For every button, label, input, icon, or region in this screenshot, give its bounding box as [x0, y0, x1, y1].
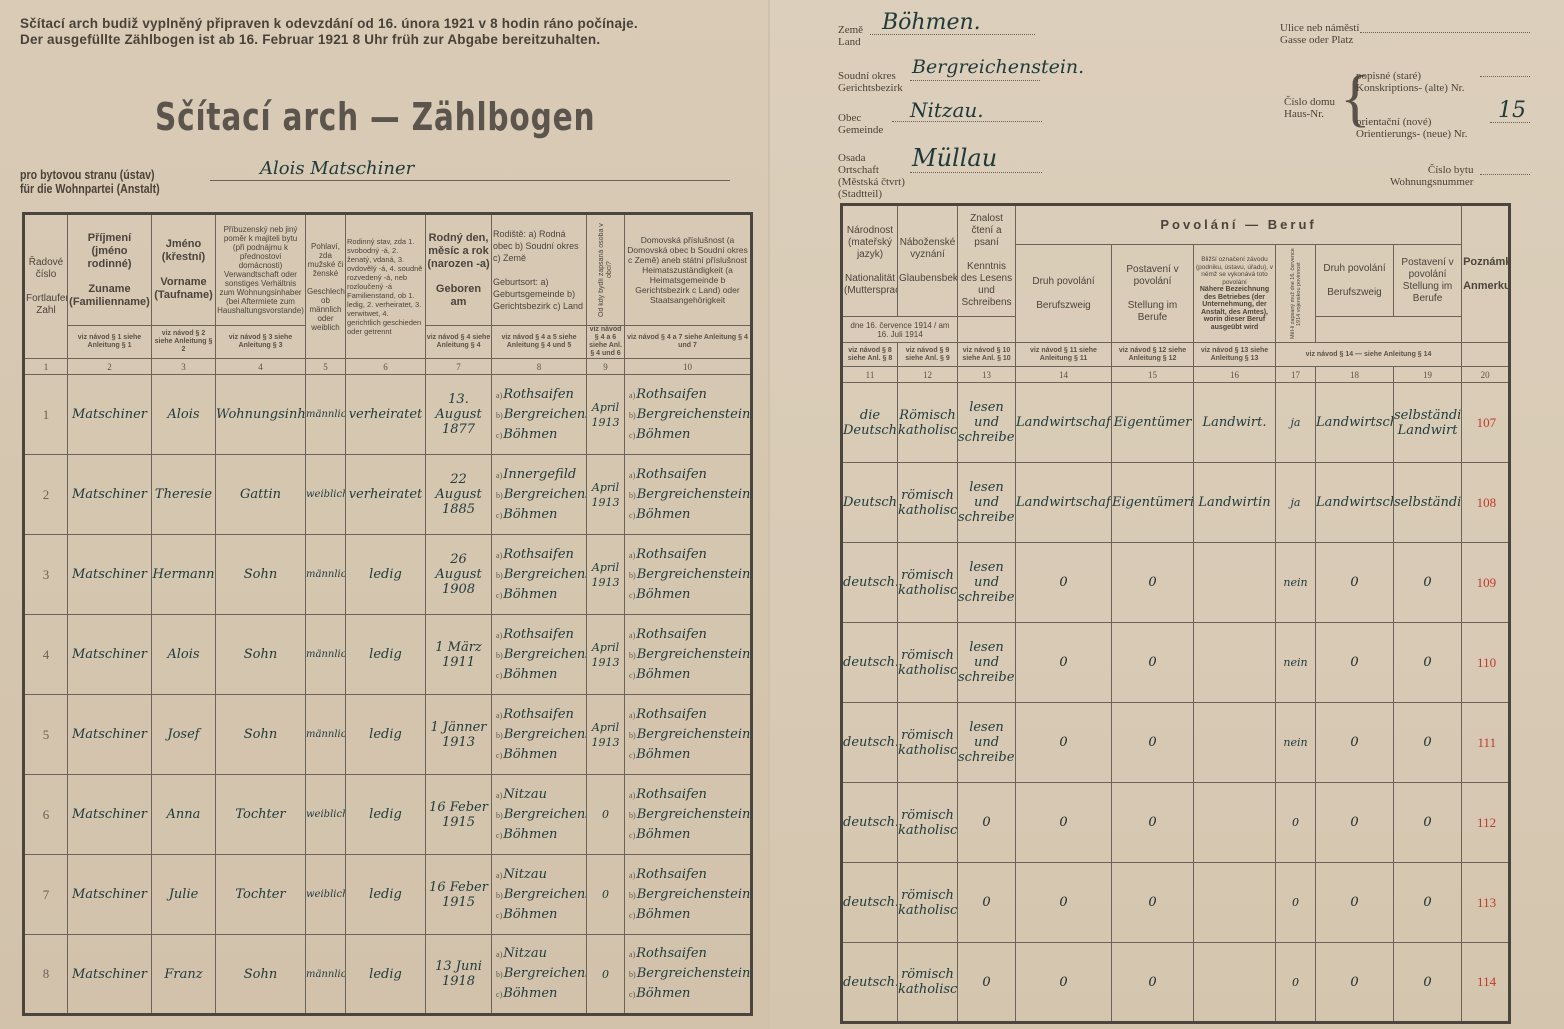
- remark-cell[interactable]: 112: [1462, 783, 1510, 863]
- position-cell[interactable]: Eigentümer: [1112, 383, 1194, 463]
- position-1914-cell[interactable]: selbständig.: [1394, 463, 1462, 543]
- position-1914-cell[interactable]: 0: [1394, 543, 1462, 623]
- occupation-1914-cell[interactable]: 0: [1316, 863, 1394, 943]
- position-1914-cell[interactable]: 0: [1394, 783, 1462, 863]
- old-number-field[interactable]: [1480, 76, 1530, 77]
- remark-cell[interactable]: 109: [1462, 543, 1510, 623]
- occupation-1914-cell[interactable]: 0: [1316, 623, 1394, 703]
- residence-since-cell[interactable]: 0: [587, 855, 625, 935]
- birth-date-cell[interactable]: 13. August 1877: [426, 375, 492, 455]
- notice-czech: Sčítací arch budiž vyplněný připraven k …: [20, 16, 638, 32]
- household-line: [210, 180, 730, 181]
- table-row: 2MatschinerTheresieGattinweiblichverheir…: [24, 455, 752, 535]
- col-number: 10: [625, 359, 752, 375]
- establishment-cell[interactable]: [1194, 623, 1276, 703]
- row-number: 3: [24, 535, 68, 615]
- military-duty-cell[interactable]: 0: [1276, 943, 1316, 1023]
- military-duty-cell[interactable]: nein: [1276, 703, 1316, 783]
- col-number: 9: [587, 359, 625, 375]
- literacy-cell[interactable]: lesen und schreiben: [958, 463, 1016, 543]
- table-row: 8MatschinerFranzSohnmännlichledig13 Juni…: [24, 935, 752, 1015]
- position-cell[interactable]: 0: [1112, 703, 1194, 783]
- birthplace-cell[interactable]: a)Nitzaub)Bergreichensteinc)Böhmen: [492, 855, 587, 935]
- position-cell[interactable]: 0: [1112, 943, 1194, 1023]
- ref-col-14: viz návod § 11 siehe Anleitung § 11: [1016, 343, 1112, 367]
- col-number: 11: [842, 367, 898, 383]
- religion-cell[interactable]: römisch katholisch: [898, 943, 958, 1023]
- surname-cell[interactable]: Matschiner: [68, 775, 152, 855]
- col-number: 7: [426, 359, 492, 375]
- street-label: Ulice neb náměstíGasse oder Platz: [1280, 22, 1359, 46]
- col-number: 17: [1276, 367, 1316, 383]
- col-header-1: Řadové čísloFortlaufende Zahl: [24, 214, 68, 359]
- birth-date-cell[interactable]: 26 August 1908: [426, 535, 492, 615]
- occupation-1914-cell[interactable]: 0: [1316, 703, 1394, 783]
- col-header-8: Rodiště: a) Rodná obec b) Soudní okres c…: [492, 214, 587, 326]
- residence-since-cell[interactable]: 0: [587, 775, 625, 855]
- settlement-field[interactable]: Müllau: [912, 144, 997, 172]
- ref-col-15: viz návod § 12 siehe Anleitung § 12: [1112, 343, 1194, 367]
- house-number-label: Číslo domuHaus-Nr.: [1284, 96, 1335, 120]
- nationality-cell[interactable]: deutsch.: [842, 783, 898, 863]
- residence-since-cell[interactable]: April 1913: [587, 695, 625, 775]
- religion-cell[interactable]: römisch katholisch: [898, 863, 958, 943]
- given-name-cell[interactable]: Franz: [152, 935, 216, 1015]
- settlement-label: OsadaOrtschaft(Městská čtvrt)(Stadtteil): [838, 152, 905, 200]
- relation-cell[interactable]: Sohn: [216, 615, 306, 695]
- col-number: 20: [1462, 367, 1510, 383]
- col-header-4: Příbuzenský neb jiný poměr k majiteli by…: [216, 214, 306, 326]
- position-1914-cell[interactable]: 0: [1394, 943, 1462, 1023]
- ref-col-9: viz návod § 4 a 6 siehe Anl. § 4 und 6: [587, 326, 625, 359]
- row-number: 5: [24, 695, 68, 775]
- marital-status-cell[interactable]: ledig: [346, 615, 426, 695]
- table-row: deutsch.römisch katholisch000000112: [842, 783, 1510, 863]
- literacy-cell[interactable]: lesen und schreiben: [958, 383, 1016, 463]
- municipality-label: ObecGemeinde: [838, 112, 883, 136]
- occupation-1914-cell[interactable]: 0: [1316, 783, 1394, 863]
- district-field[interactable]: Bergreichenstein.: [912, 56, 1084, 78]
- marital-status-cell[interactable]: ledig: [346, 695, 426, 775]
- nationality-cell[interactable]: deutsch.: [842, 543, 898, 623]
- ref-col-14b: viz návod § 14 — siehe Anleitung § 14: [1276, 343, 1462, 367]
- remark-cell[interactable]: 113: [1462, 863, 1510, 943]
- household-label: pro bytovou stranu (ústav) für die Wohnp…: [20, 168, 160, 196]
- birth-date-cell[interactable]: 1 Jänner 1913: [426, 695, 492, 775]
- marital-status-cell[interactable]: ledig: [346, 775, 426, 855]
- occupation-cell[interactable]: Landwirtschaftsarin: [1016, 463, 1112, 543]
- sex-cell[interactable]: männlich: [306, 935, 346, 1015]
- position-1914-cell[interactable]: selbständiger Landwirt: [1394, 383, 1462, 463]
- ref-col-7: viz návod § 4 siehe Anleitung § 4: [426, 326, 492, 359]
- birthplace-cell[interactable]: a)Nitzaub)Bergreichensteinc)Böhmen: [492, 775, 587, 855]
- establishment-cell[interactable]: [1194, 783, 1276, 863]
- col-header-2: Příjmení (jméno rodinné)Zuname (Familien…: [68, 214, 152, 326]
- establishment-cell[interactable]: [1194, 863, 1276, 943]
- position-1914-cell[interactable]: 0: [1394, 863, 1462, 943]
- home-jurisdiction-cell[interactable]: a)Rothsaifenb)Bergreichensteinc)Böhmen: [625, 855, 752, 935]
- position-cell[interactable]: 0: [1112, 863, 1194, 943]
- residence-since-cell[interactable]: April 1913: [587, 455, 625, 535]
- col-header-18: Druh povoláníBerufszweig: [1316, 245, 1394, 317]
- row-number: 7: [24, 855, 68, 935]
- col-header-10: Domovská příslušnost (a Domovská obec b …: [625, 214, 752, 326]
- row-number: 6: [24, 775, 68, 855]
- relation-cell[interactable]: Sohn: [216, 535, 306, 615]
- establishment-cell[interactable]: Landwirtin: [1194, 463, 1276, 543]
- birthplace-cell[interactable]: a)Innergefildb)Bergreichensteinc)Böhmen: [492, 455, 587, 535]
- home-jurisdiction-cell[interactable]: a)Rothsaifenb)Bergreichensteinc)Böhmen: [625, 775, 752, 855]
- table-row: deutsch.römisch katholisch000000114: [842, 943, 1510, 1023]
- sex-cell[interactable]: männlich: [306, 615, 346, 695]
- table-row: deutsch.römisch katholisch000000113: [842, 863, 1510, 943]
- occupation-cell[interactable]: 0: [1016, 703, 1112, 783]
- table-row: 4MatschinerAloisSohnmännlichledig1 März …: [24, 615, 752, 695]
- row-number: 2: [24, 455, 68, 535]
- relation-cell[interactable]: Sohn: [216, 935, 306, 1015]
- nationality-cell[interactable]: deutsch.: [842, 943, 898, 1023]
- ref-col-12: viz návod § 9 siehe Anl. § 9: [898, 343, 958, 367]
- row-number: 8: [24, 935, 68, 1015]
- literacy-cell[interactable]: 0: [958, 783, 1016, 863]
- street-field[interactable]: [1360, 32, 1530, 33]
- marital-status-cell[interactable]: ledig: [346, 855, 426, 935]
- occupation-cell[interactable]: 0: [1016, 623, 1112, 703]
- literacy-cell[interactable]: lesen und schreiben: [958, 543, 1016, 623]
- table-row: deutsch.römisch katholischlesen und schr…: [842, 543, 1510, 623]
- given-name-cell[interactable]: Theresie: [152, 455, 216, 535]
- literacy-cell[interactable]: 0: [958, 863, 1016, 943]
- marital-status-cell[interactable]: ledig: [346, 935, 426, 1015]
- occupation-cell[interactable]: 0: [1016, 943, 1112, 1023]
- table-row: die DeutscheRömisch katholischlesen und …: [842, 383, 1510, 463]
- relation-cell[interactable]: Tochter: [216, 855, 306, 935]
- home-jurisdiction-cell[interactable]: a)Rothsaifenb)Bergreichensteinc)Böhmen: [625, 695, 752, 775]
- religion-cell[interactable]: römisch katholisch: [898, 623, 958, 703]
- occupation-1914-cell[interactable]: Landwirtschaftsarin: [1316, 463, 1394, 543]
- home-jurisdiction-cell[interactable]: a)Rothsaifenb)Bergreichensteinc)Böhmen: [625, 615, 752, 695]
- occupation-cell[interactable]: Landwirtschaft: [1016, 383, 1112, 463]
- occupation-1914-cell[interactable]: Landwirtschaft: [1316, 383, 1394, 463]
- religion-cell[interactable]: Römisch katholisch: [898, 383, 958, 463]
- literacy-cell[interactable]: 0: [958, 943, 1016, 1023]
- sex-cell[interactable]: weiblich: [306, 855, 346, 935]
- ref-col-20: [1462, 343, 1510, 367]
- col-number: 15: [1112, 367, 1194, 383]
- surname-cell[interactable]: Matschiner: [68, 535, 152, 615]
- relation-cell[interactable]: Gattin: [216, 455, 306, 535]
- given-name-cell[interactable]: Anna: [152, 775, 216, 855]
- occupation-1914-cell[interactable]: 0: [1316, 943, 1394, 1023]
- ref-col-8: viz návod § 4 a 5 siehe Anleitung § 4 un…: [492, 326, 587, 359]
- establishment-cell[interactable]: [1194, 943, 1276, 1023]
- col-number: 18: [1316, 367, 1394, 383]
- position-1914-cell[interactable]: 0: [1394, 623, 1462, 703]
- relation-cell[interactable]: Wohnungsinhaber: [216, 375, 306, 455]
- col-header-3: Jméno (křestní)Vorname (Taufname): [152, 214, 216, 326]
- col-number: 8: [492, 359, 587, 375]
- col-number: 5: [306, 359, 346, 375]
- birth-date-cell[interactable]: 13 Juni 1918: [426, 935, 492, 1015]
- col-header-13: Znalost čtení a psaníKenntnis des Lesens…: [958, 205, 1016, 317]
- col-number: 14: [1016, 367, 1112, 383]
- col-number: 12: [898, 367, 958, 383]
- literacy-cell[interactable]: lesen und schreiben: [958, 623, 1016, 703]
- religion-cell[interactable]: römisch katholisch: [898, 783, 958, 863]
- surname-cell[interactable]: Matschiner: [68, 615, 152, 695]
- table-row: 3MatschinerHermannSohnmännlichledig26 Au…: [24, 535, 752, 615]
- census-sheet-left-page: Sčítací arch budiž vyplněný připraven k …: [0, 0, 770, 1029]
- position-cell[interactable]: 0: [1112, 783, 1194, 863]
- marital-status-cell[interactable]: verheiratet: [346, 375, 426, 455]
- given-name-cell[interactable]: Josef: [152, 695, 216, 775]
- census-table-left: Řadové čísloFortlaufende Zahl Příjmení (…: [22, 212, 753, 1016]
- table-row: Deutsch.römisch katholischlesen und schr…: [842, 463, 1510, 543]
- military-duty-cell[interactable]: ja: [1276, 463, 1316, 543]
- census-sheet-right-page: ZeměLand Böhmen. Soudní okresGerichtsbez…: [770, 0, 1564, 1029]
- col-header-9: Od kdy bydlí zapsaná osoba v obci?: [587, 214, 625, 326]
- given-name-cell[interactable]: Alois: [152, 375, 216, 455]
- literacy-cell[interactable]: lesen und schreiben: [958, 703, 1016, 783]
- relation-cell[interactable]: Tochter: [216, 775, 306, 855]
- given-name-cell[interactable]: Hermann: [152, 535, 216, 615]
- sex-cell[interactable]: männlich: [306, 695, 346, 775]
- nationality-cell[interactable]: deutsch.: [842, 623, 898, 703]
- occupation-cell[interactable]: 0: [1016, 863, 1112, 943]
- old-number-label: popisné (staré)Konskriptions- (alte) Nr.: [1356, 70, 1464, 94]
- col-number: 3: [152, 359, 216, 375]
- military-duty-cell[interactable]: nein: [1276, 543, 1316, 623]
- table-row: 6MatschinerAnnaTochterweiblichledig16 Fe…: [24, 775, 752, 855]
- military-duty-cell[interactable]: ja: [1276, 383, 1316, 463]
- ref-col-4: viz návod § 3 siehe Anleitung § 3: [216, 326, 306, 359]
- land-label: ZeměLand: [838, 24, 863, 48]
- position-cell[interactable]: Eigentümerin: [1112, 463, 1194, 543]
- row-number: 1: [24, 375, 68, 455]
- establishment-cell[interactable]: [1194, 543, 1276, 623]
- position-1914-cell[interactable]: 0: [1394, 703, 1462, 783]
- occupation-cell[interactable]: 0: [1016, 783, 1112, 863]
- remark-cell[interactable]: 111: [1462, 703, 1510, 783]
- religion-cell[interactable]: römisch katholisch: [898, 543, 958, 623]
- ref-col-16: viz návod § 13 siehe Anleitung § 13: [1194, 343, 1276, 367]
- household-label-cz: pro bytovou stranu (ústav): [20, 168, 160, 182]
- birthplace-cell[interactable]: a)Rothsaifenb)Bergreichensteinc)Böhmen: [492, 375, 587, 455]
- sex-cell[interactable]: männlich: [306, 375, 346, 455]
- notice-german: Der ausgefüllte Zählbogen ist ab 16. Feb…: [20, 32, 638, 48]
- nationality-cell[interactable]: Deutsch.: [842, 463, 898, 543]
- form-title: Sčítací arch — Zählbogen: [155, 95, 595, 139]
- surname-cell[interactable]: Matschiner: [68, 935, 152, 1015]
- birth-date-cell[interactable]: 22 August 1885: [426, 455, 492, 535]
- table-row: 5MatschinerJosefSohnmännlichledig1 Jänne…: [24, 695, 752, 775]
- settlement-line: [910, 172, 1042, 173]
- census-table-right: Národnost (mateřský jazyk)Nationalität (…: [840, 203, 1511, 1024]
- submission-notice: Sčítací arch budiž vyplněný připraven k …: [20, 16, 638, 48]
- remark-cell[interactable]: 108: [1462, 463, 1510, 543]
- municipality-field[interactable]: Nitzau.: [910, 98, 984, 122]
- religion-cell[interactable]: römisch katholisch: [898, 703, 958, 783]
- table-row: 1MatschinerAloisWohnungsinhabermännlichv…: [24, 375, 752, 455]
- ref-col-2: viz návod § 1 siehe Anleitung § 1: [68, 326, 152, 359]
- col-header-17: Měl-li zapsaný muž dne 16. července 1914…: [1276, 245, 1316, 343]
- district-label: Soudní okresGerichtsbezirk: [838, 70, 903, 94]
- col-header-7: Rodný den, měsíc a rok (narozen -a)Gebor…: [426, 214, 492, 326]
- home-jurisdiction-cell[interactable]: a)Rothsaifenb)Bergreichensteinc)Böhmen: [625, 535, 752, 615]
- military-duty-cell[interactable]: 0: [1276, 783, 1316, 863]
- marital-status-cell[interactable]: verheiratet: [346, 455, 426, 535]
- col-number: 2: [68, 359, 152, 375]
- relation-cell[interactable]: Sohn: [216, 695, 306, 775]
- household-label-de: für die Wohnpartei (Anstalt): [20, 182, 160, 196]
- col-number: 4: [216, 359, 306, 375]
- new-number-field[interactable]: 15: [1498, 98, 1526, 123]
- position-cell[interactable]: 0: [1112, 623, 1194, 703]
- residence-since-cell[interactable]: April 1913: [587, 375, 625, 455]
- nationality-cell[interactable]: deutsch.: [842, 703, 898, 783]
- ref-col-10: viz návod § 4 a 7 siehe Anleitung § 4 un…: [625, 326, 752, 359]
- col-header-19: Postavení v povoláníStellung im Berufe: [1394, 245, 1462, 317]
- sex-cell[interactable]: weiblich: [306, 775, 346, 855]
- col-header-15: Postavení v povoláníStellung im Berufe: [1112, 245, 1194, 343]
- surname-cell[interactable]: Matschiner: [68, 375, 152, 455]
- col-number: 19: [1394, 367, 1462, 383]
- sex-cell[interactable]: männlich: [306, 535, 346, 615]
- military-duty-cell[interactable]: nein: [1276, 623, 1316, 703]
- marital-status-cell[interactable]: ledig: [346, 535, 426, 615]
- remark-cell[interactable]: 107: [1462, 383, 1510, 463]
- col-number: 16: [1194, 367, 1276, 383]
- birthplace-cell[interactable]: a)Rothsaifenb)Bergreichensteinc)Böhmen: [492, 615, 587, 695]
- home-jurisdiction-cell[interactable]: a)Rothsaifenb)Bergreichensteinc)Böhmen: [625, 375, 752, 455]
- occupation-header: Povolání — Beruf: [1016, 205, 1462, 245]
- col-header-6: Rodinný stav, zda 1. svobodný -á, 2. žen…: [346, 214, 426, 359]
- remark-cell[interactable]: 114: [1462, 943, 1510, 1023]
- birth-date-cell[interactable]: 1 März 1911: [426, 615, 492, 695]
- establishment-cell[interactable]: Landwirt.: [1194, 383, 1276, 463]
- birthplace-cell[interactable]: a)Nitzaub)Bergreichensteinc)Böhmen: [492, 935, 587, 1015]
- given-name-cell[interactable]: Alois: [152, 615, 216, 695]
- col-number: 1: [24, 359, 68, 375]
- occupation-cell[interactable]: 0: [1016, 543, 1112, 623]
- birth-date-cell[interactable]: 16 Feber 1915: [426, 855, 492, 935]
- surname-cell[interactable]: Matschiner: [68, 695, 152, 775]
- row-number: 4: [24, 615, 68, 695]
- flat-number-field[interactable]: [1480, 174, 1530, 175]
- col-header-14: Druh povoláníBerufszweig: [1016, 245, 1112, 343]
- new-number-label: orientační (nové)Orientierungs- (neue) N…: [1356, 116, 1468, 140]
- position-cell[interactable]: 0: [1112, 543, 1194, 623]
- table-row: deutsch.römisch katholischlesen und schr…: [842, 703, 1510, 783]
- military-duty-cell[interactable]: 0: [1276, 863, 1316, 943]
- nationality-cell[interactable]: deutsch.: [842, 863, 898, 943]
- col-header-5: Pohlaví, zda mužské či ženskéGeschlecht,…: [306, 214, 346, 359]
- date-1914: dne 16. července 1914 / am 16. Juli 1914: [842, 317, 958, 343]
- ref-col-11: viz návod § 8 siehe Anl. § 8: [842, 343, 898, 367]
- given-name-cell[interactable]: Julie: [152, 855, 216, 935]
- birth-date-cell[interactable]: 16 Feber 1915: [426, 775, 492, 855]
- flat-number-label: Číslo bytuWohnungsnummer: [1390, 164, 1473, 188]
- col-number: 6: [346, 359, 426, 375]
- col-header-11: Národnost (mateřský jazyk)Nationalität (…: [842, 205, 898, 317]
- sex-cell[interactable]: weiblich: [306, 455, 346, 535]
- birthplace-cell[interactable]: a)Rothsaifenb)Bergreichensteinc)Böhmen: [492, 695, 587, 775]
- home-jurisdiction-cell[interactable]: a)Rothsaifenb)Bergreichensteinc)Böhmen: [625, 455, 752, 535]
- household-name-field[interactable]: Alois Matschiner: [260, 158, 414, 179]
- surname-cell[interactable]: Matschiner: [68, 455, 152, 535]
- col-header-12: Náboženské vyznáníGlaubensbekenntnis: [898, 205, 958, 317]
- residence-since-cell[interactable]: April 1913: [587, 615, 625, 695]
- nationality-cell[interactable]: die Deutsche: [842, 383, 898, 463]
- land-field[interactable]: Böhmen.: [882, 10, 981, 35]
- residence-since-cell[interactable]: 0: [587, 935, 625, 1015]
- ref-col-3: viz návod § 2 siehe Anleitung § 2: [152, 326, 216, 359]
- col-header-20: PoznámkaAnmerkung: [1462, 205, 1510, 343]
- establishment-cell[interactable]: [1194, 703, 1276, 783]
- remark-cell[interactable]: 110: [1462, 623, 1510, 703]
- birthplace-cell[interactable]: a)Rothsaifenb)Bergreichensteinc)Böhmen: [492, 535, 587, 615]
- table-row: 7MatschinerJulieTochterweiblichledig16 F…: [24, 855, 752, 935]
- table-row: deutsch.römisch katholischlesen und schr…: [842, 623, 1510, 703]
- district-line: [910, 80, 1040, 81]
- religion-cell[interactable]: römisch katholisch: [898, 463, 958, 543]
- surname-cell[interactable]: Matschiner: [68, 855, 152, 935]
- home-jurisdiction-cell[interactable]: a)Rothsaifenb)Bergreichensteinc)Böhmen: [625, 935, 752, 1015]
- occupation-1914-cell[interactable]: 0: [1316, 543, 1394, 623]
- ref-col-13: viz návod § 10 siehe Anl. § 10: [958, 343, 1016, 367]
- col-header-16: Bližší označení závodu (podniku, ústavu,…: [1194, 245, 1276, 343]
- col-number: 13: [958, 367, 1016, 383]
- residence-since-cell[interactable]: April 1913: [587, 535, 625, 615]
